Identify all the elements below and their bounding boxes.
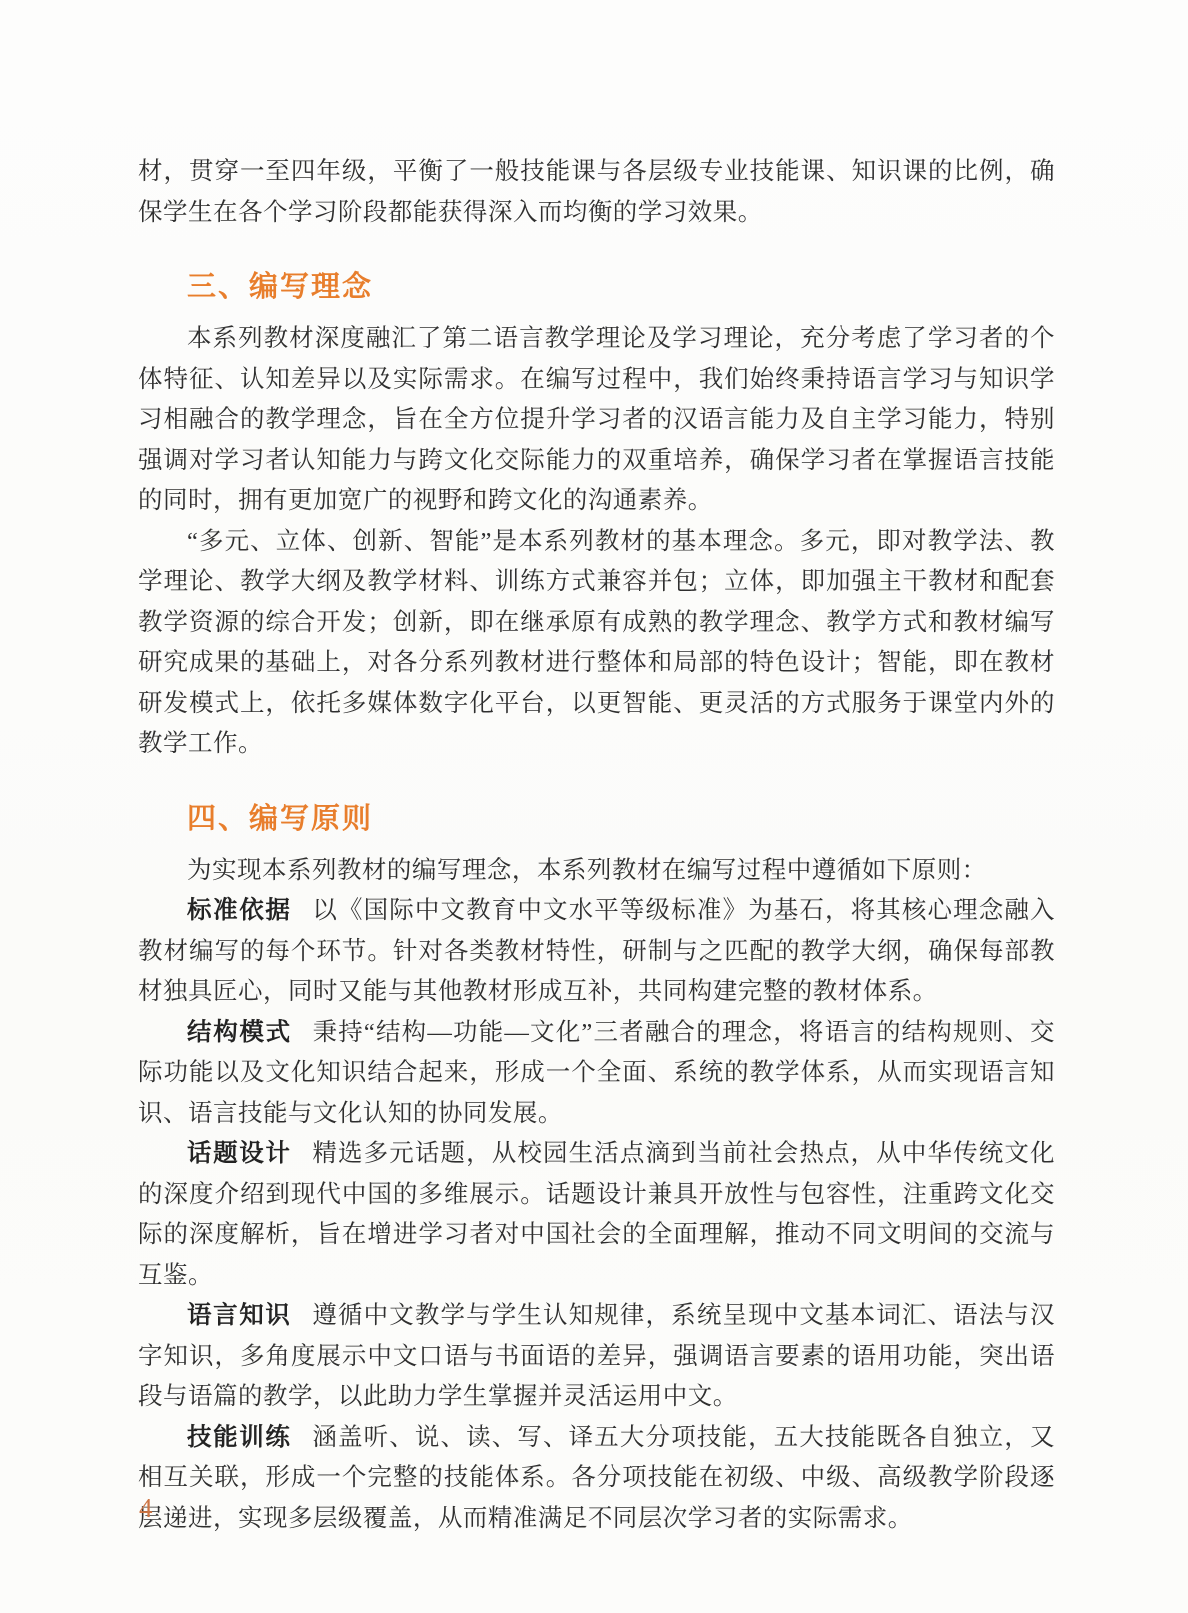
page-content: 材，贯穿一至四年级，平衡了一般技能课与各层级专业技能课、知识课的比例，确保学生在…: [138, 152, 1055, 1539]
principle-label: 标准依据: [187, 897, 292, 924]
principle-paragraph: 标准依据以《国际中文教育中文水平等级标准》为基石，将其核心理念融入教材编写的每个…: [138, 891, 1055, 1013]
body-paragraph: “多元、立体、创新、智能”是本系列教材的基本理念。多元，即对教学法、教学理论、教…: [138, 522, 1055, 765]
body-paragraph: 为实现本系列教材的编写理念，本系列教材在编写过程中遵循如下原则：: [138, 851, 1055, 892]
principle-label: 结构模式: [187, 1019, 292, 1046]
document-page: 材，贯穿一至四年级，平衡了一般技能课与各层级专业技能课、知识课的比例，确保学生在…: [0, 0, 1188, 1613]
body-paragraph: 本系列教材深度融汇了第二语言教学理论及学习理论，充分考虑了学习者的个体特征、认知…: [138, 319, 1055, 522]
principle-label: 技能训练: [187, 1424, 292, 1451]
principle-paragraph: 话题设计精选多元话题，从校园生活点滴到当前社会热点，从中华传统文化的深度介绍到现…: [138, 1134, 1055, 1296]
principle-paragraph: 语言知识遵循中文教学与学生认知规律，系统呈现中文基本词汇、语法与汉字知识，多角度…: [138, 1296, 1055, 1418]
page-number: 4: [139, 1492, 153, 1524]
principle-label: 话题设计: [187, 1140, 292, 1167]
principle-paragraph: 结构模式秉持“结构—功能—文化”三者融合的理念，将语言的结构规则、交际功能以及文…: [138, 1013, 1055, 1135]
section-heading-writing-philosophy: 三、编写理念: [187, 267, 1055, 308]
principle-label: 语言知识: [187, 1302, 292, 1329]
principle-paragraph: 技能训练涵盖听、说、读、写、译五大分项技能，五大技能既各自独立，又相互关联，形成…: [138, 1418, 1055, 1540]
intro-continued-paragraph: 材，贯穿一至四年级，平衡了一般技能课与各层级专业技能课、知识课的比例，确保学生在…: [138, 152, 1055, 233]
section-heading-writing-principles: 四、编写原则: [187, 799, 1055, 840]
